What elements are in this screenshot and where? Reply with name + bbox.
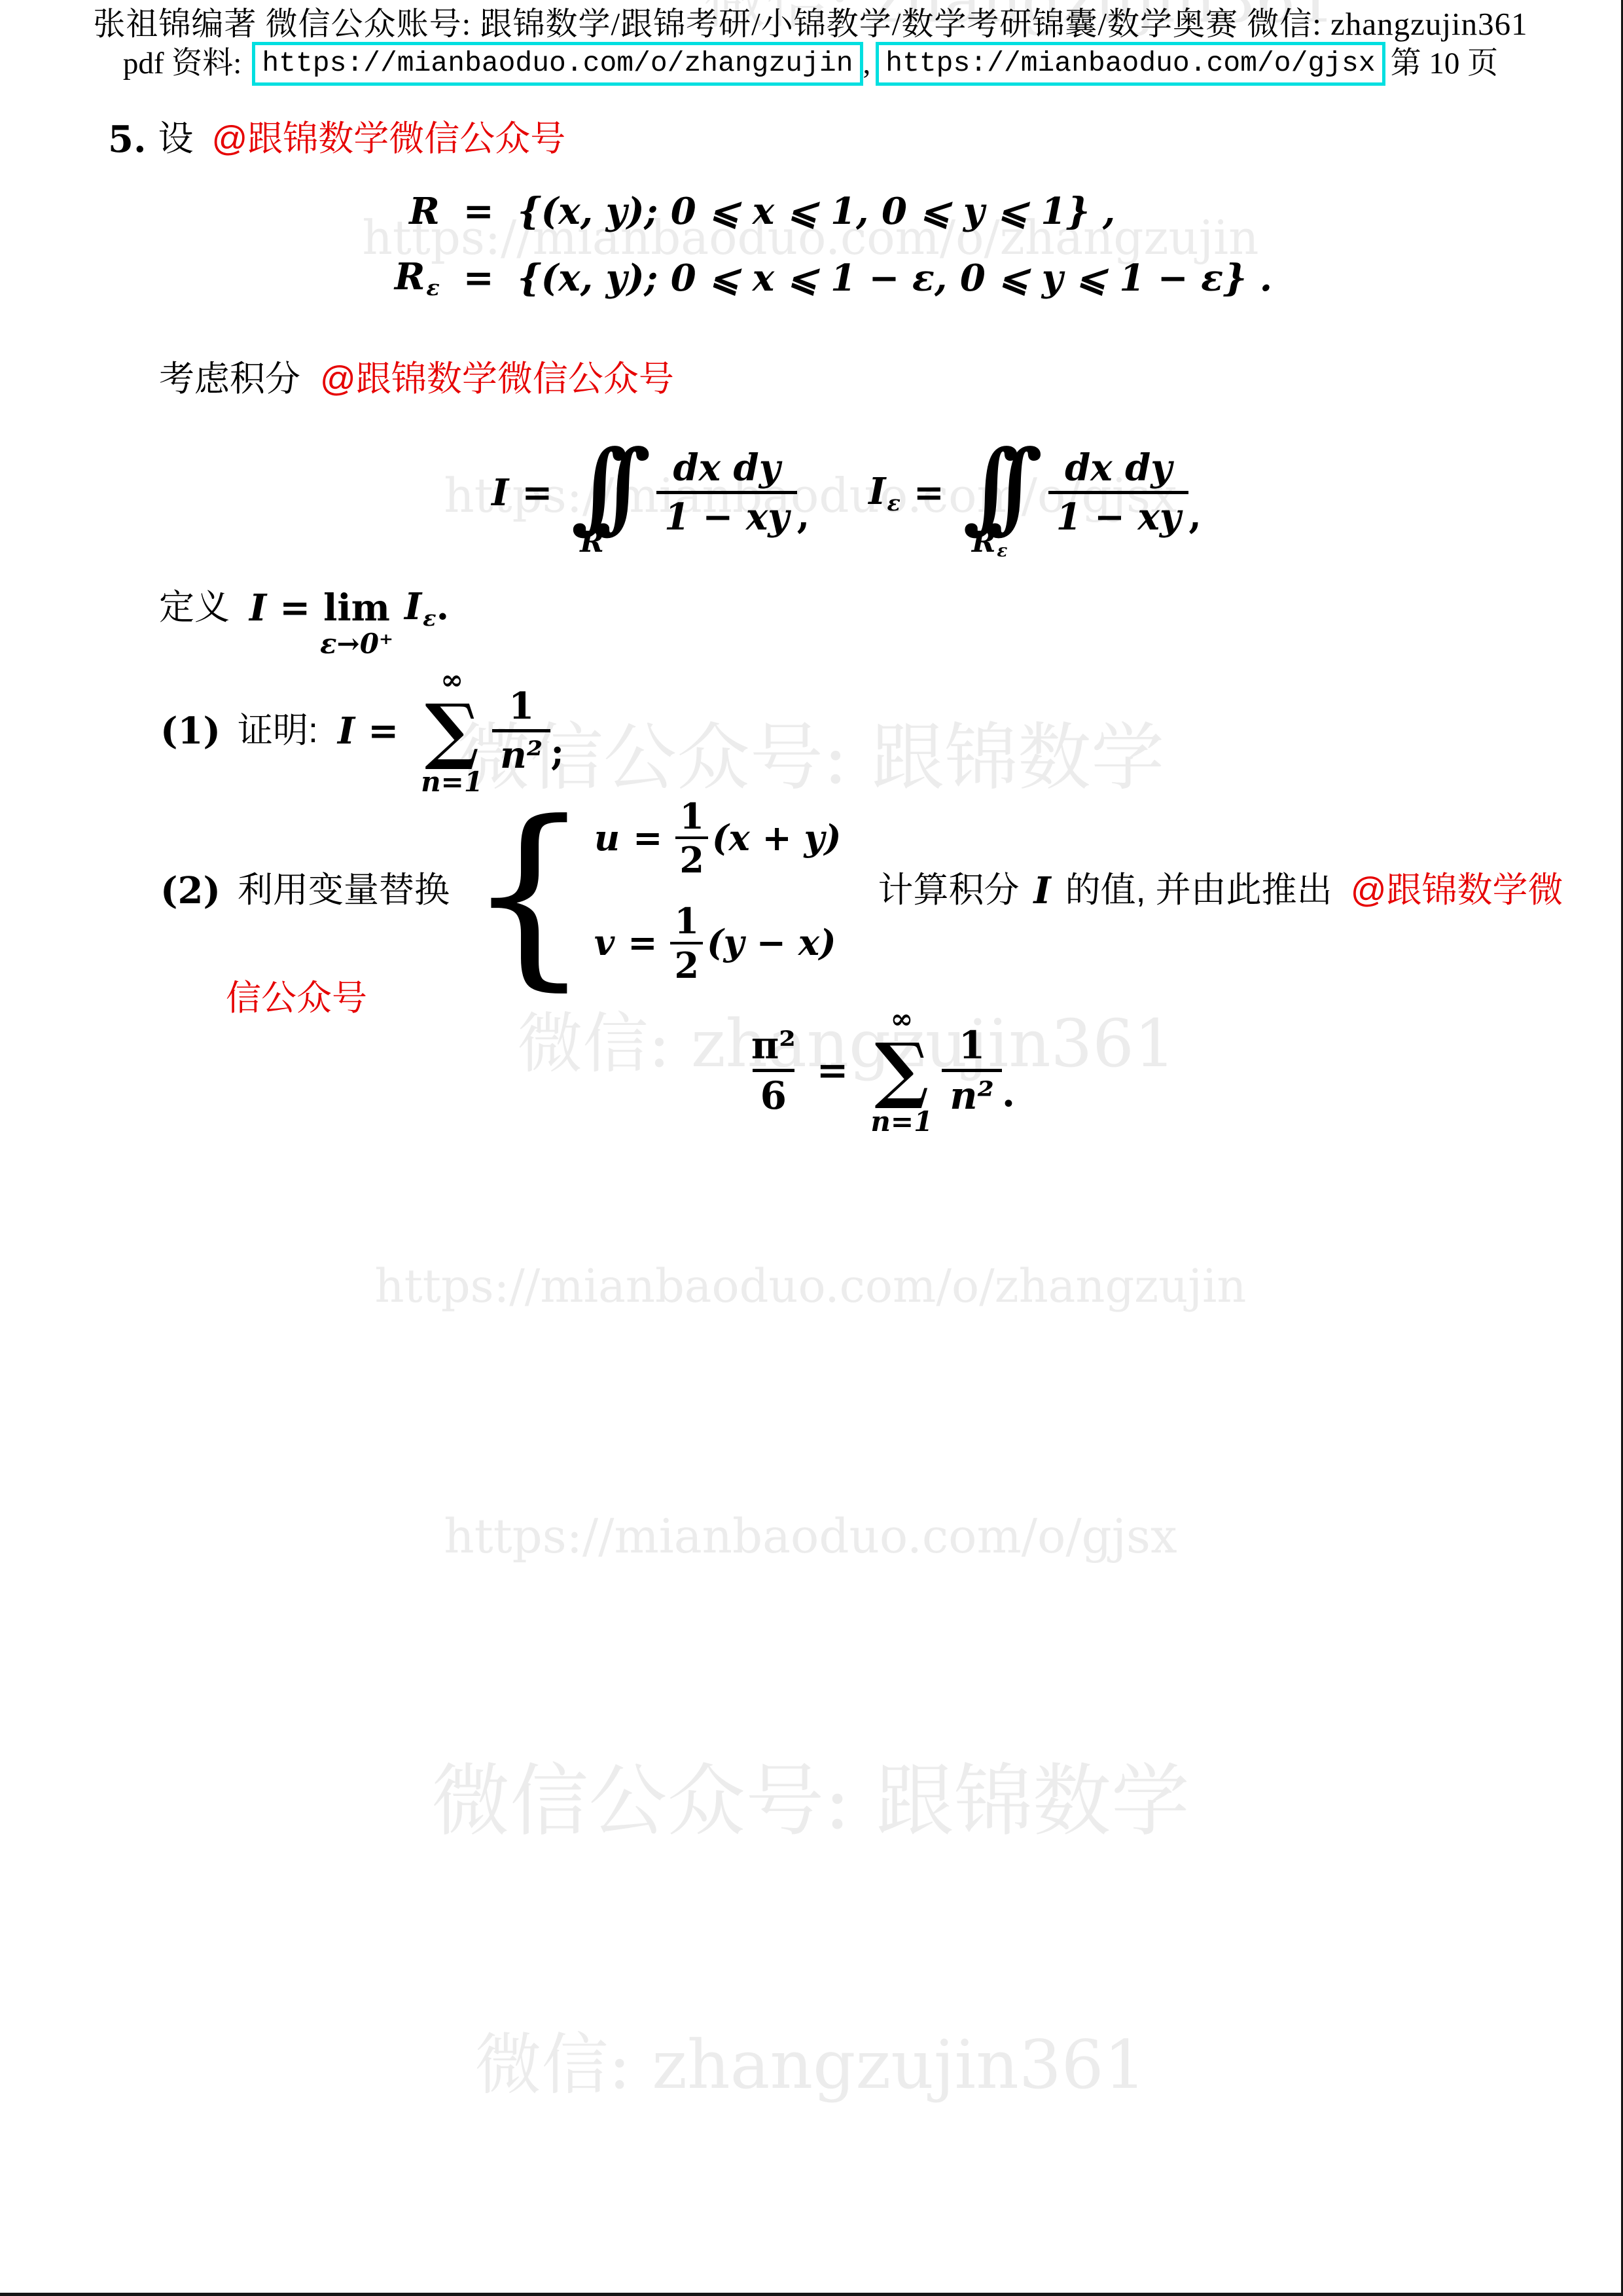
math-I-epsilon: Iε [868,469,901,516]
period: . [1002,1069,1015,1117]
integral-domain-R-epsilon: Rε [972,524,1008,562]
math-I: I [338,708,355,754]
epsilon-subscript: ε [887,490,900,516]
limit-operator: lim ε→0⁺ [323,585,390,631]
period: . [437,585,450,628]
fraction-numerator: π² [743,1026,804,1069]
math-R: R [409,188,440,234]
watermark-weixin-bottom: 微信: zhangzujin361 [0,2024,1621,2108]
equals-sign: = [368,708,399,754]
fraction-denominator: 6 [753,1069,794,1116]
wechat-tag-red: @跟锦数学微信公众号 [211,117,565,162]
item-2-substitution-text: 利用变量替换 [238,869,450,913]
display-formula-basel: π² 6 = ∞ ∑ n=1 1 n² . [0,1013,1621,1128]
fraction-numerator: 1 [675,798,708,837]
fraction-numerator: dx dy [1057,449,1180,491]
double-integral-glyph: ∫∫ [571,447,618,526]
double-integral-R-epsilon: ∫∫ Rε [963,454,1031,532]
fraction-1-over-n2: 1 n² [492,687,550,775]
equals-sign: = [628,921,657,965]
integral-domain-R: R [580,524,604,560]
fraction-denominator: n² [942,1069,1002,1116]
watermark-url-zhangzujin-2: https://mianbaoduo.com/o/zhangzujin [0,1258,1621,1316]
item-1-label: (1) [160,708,221,754]
math-R-set: {(x, y); 0 ⩽ x ⩽ 1, 0 ⩽ y ⩽ 1} , [518,188,1272,234]
page-number: 第 10 页 [1391,45,1499,83]
url-link-gjsx[interactable]: https://mianbaoduo.com/o/gjsx [876,42,1385,86]
fraction-denominator: n² [492,729,550,775]
item-2: (2) 利用变量替换 { u = 1 2 (x + y) v = 1 2 (y … [160,806,1563,975]
math-y-minus-x: (y − x) [707,921,836,965]
display-formula-integrals: I = ∫∫ R dx dy 1 − xy , Iε = ∫∫ Rε dx dy… [0,418,1621,568]
math-I: I [249,585,266,631]
problem-intro-text: 设 [158,117,193,162]
math-I-epsilon: Iε. [404,584,449,632]
limit-subscript: ε→0⁺ [320,627,393,662]
math-R-epsilon: Rε [395,254,440,302]
summation: ∞ ∑ n=1 [421,666,483,797]
watermark-url-gjsx-2: https://mianbaoduo.com/o/gjsx [0,1507,1621,1566]
epsilon-subscript: ε [997,541,1007,561]
item-1: (1) 证明: I = ∞ ∑ n=1 1 n² ; [160,675,564,787]
url-link-zhangzujin[interactable]: https://mianbaoduo.com/o/zhangzujin [252,42,863,86]
wechat-tag-red: @跟锦数学微信公众号 [320,357,674,402]
math-I: I [1033,868,1050,914]
equals-sign: = [633,816,662,861]
substitution-system: u = 1 2 (x + y) v = 1 2 (y − x) [594,798,842,984]
sigma-glyph: ∑ [874,1035,929,1104]
math-v: v [594,921,615,965]
fraction-one-half: 1 2 [675,798,708,879]
equals-sign: = [817,1047,849,1094]
equals-sign: = [522,470,552,516]
math-u: u [594,816,620,861]
fraction-numerator: 1 [951,1026,993,1069]
fraction-1-over-n2: 1 n² [942,1026,1002,1116]
equals-sign: = [463,188,494,234]
pdf-label: pdf 资料: [123,45,241,83]
header-author-line: 张祖锦编著 微信公众账号: 跟锦数学/跟锦考研/小锦教学/数学考研锦囊/数学奥赛… [0,4,1621,44]
item-2-label: (2) [160,868,221,914]
fraction-denominator: 1 − xy [656,491,797,537]
sigma-glyph: ∑ [425,696,479,765]
math-I: I [491,470,508,516]
double-integral-glyph: ∫∫ [963,447,1010,526]
semicolon: ; [550,729,564,775]
display-formula-R: R = {(x, y); 0 ⩽ x ⩽ 1, 0 ⩽ y ⩽ 1} , Rε … [0,188,1621,302]
fraction-pi2-over-6: π² 6 [743,1026,804,1116]
document-page: 微信: zhangzujin361 https://mianbaoduo.com… [0,0,1623,2296]
left-brace: { [467,810,592,977]
fraction-denominator: 1 − xy [1048,491,1189,537]
comma: , [797,493,810,539]
wechat-tag-red-part1: @跟锦数学微 [1351,869,1563,913]
equals-sign: = [914,470,944,516]
consider-integral-line: 考虑积分 @跟锦数学微信公众号 [159,357,674,402]
comma: , [1188,493,1202,539]
integrand-fraction: dx dy 1 − xy [656,449,797,537]
u-equation: u = 1 2 (x + y) [594,798,842,879]
integrand-fraction: dx dy 1 − xy [1048,449,1189,537]
summation: ∞ ∑ n=1 [870,1005,933,1136]
fraction-numerator: 1 [670,903,703,942]
problem-number: 5. [108,117,146,162]
epsilon-subscript: ε [423,605,436,631]
lower-limit: n=1 [870,1108,933,1136]
problem-5-heading: 5. 设 @跟锦数学微信公众号 [108,117,565,162]
lim-word: lim [323,586,390,630]
url-separator-comma: , [863,45,871,83]
define-limit-line: 定义 I = lim ε→0⁺ Iε. [159,584,449,632]
fraction-numerator: 1 [501,687,542,729]
fraction-one-half: 1 2 [670,903,703,984]
epsilon-subscript: ε [426,274,439,300]
fraction-numerator: dx dy [666,449,789,491]
equals-sign: = [463,255,494,301]
header-pdf-line: pdf 资料: https://mianbaoduo.com/o/zhangzu… [0,42,1621,86]
math-R-epsilon-set: {(x, y); 0 ⩽ x ⩽ 1 − ε, 0 ⩽ y ⩽ 1 − ε} . [518,255,1272,301]
watermark-gongzhonghao-large: 微信公众号: 跟锦数学 [0,1753,1621,1851]
fraction-denominator: 2 [670,942,703,984]
v-equation: v = 1 2 (y − x) [594,903,842,984]
item-2-compute-text: 计算积分 [878,869,1019,913]
item-1-prove-text: 证明: [238,709,318,753]
define-text: 定义 [159,586,230,630]
math-x-plus-y: (x + y) [712,816,842,861]
consider-text: 考虑积分 [159,357,300,402]
equals-sign: = [279,585,310,631]
double-integral-R: ∫∫ R [571,454,639,532]
item-2-deduce-text: 的值, 并由此推出 [1065,869,1332,913]
fraction-denominator: 2 [675,836,708,879]
